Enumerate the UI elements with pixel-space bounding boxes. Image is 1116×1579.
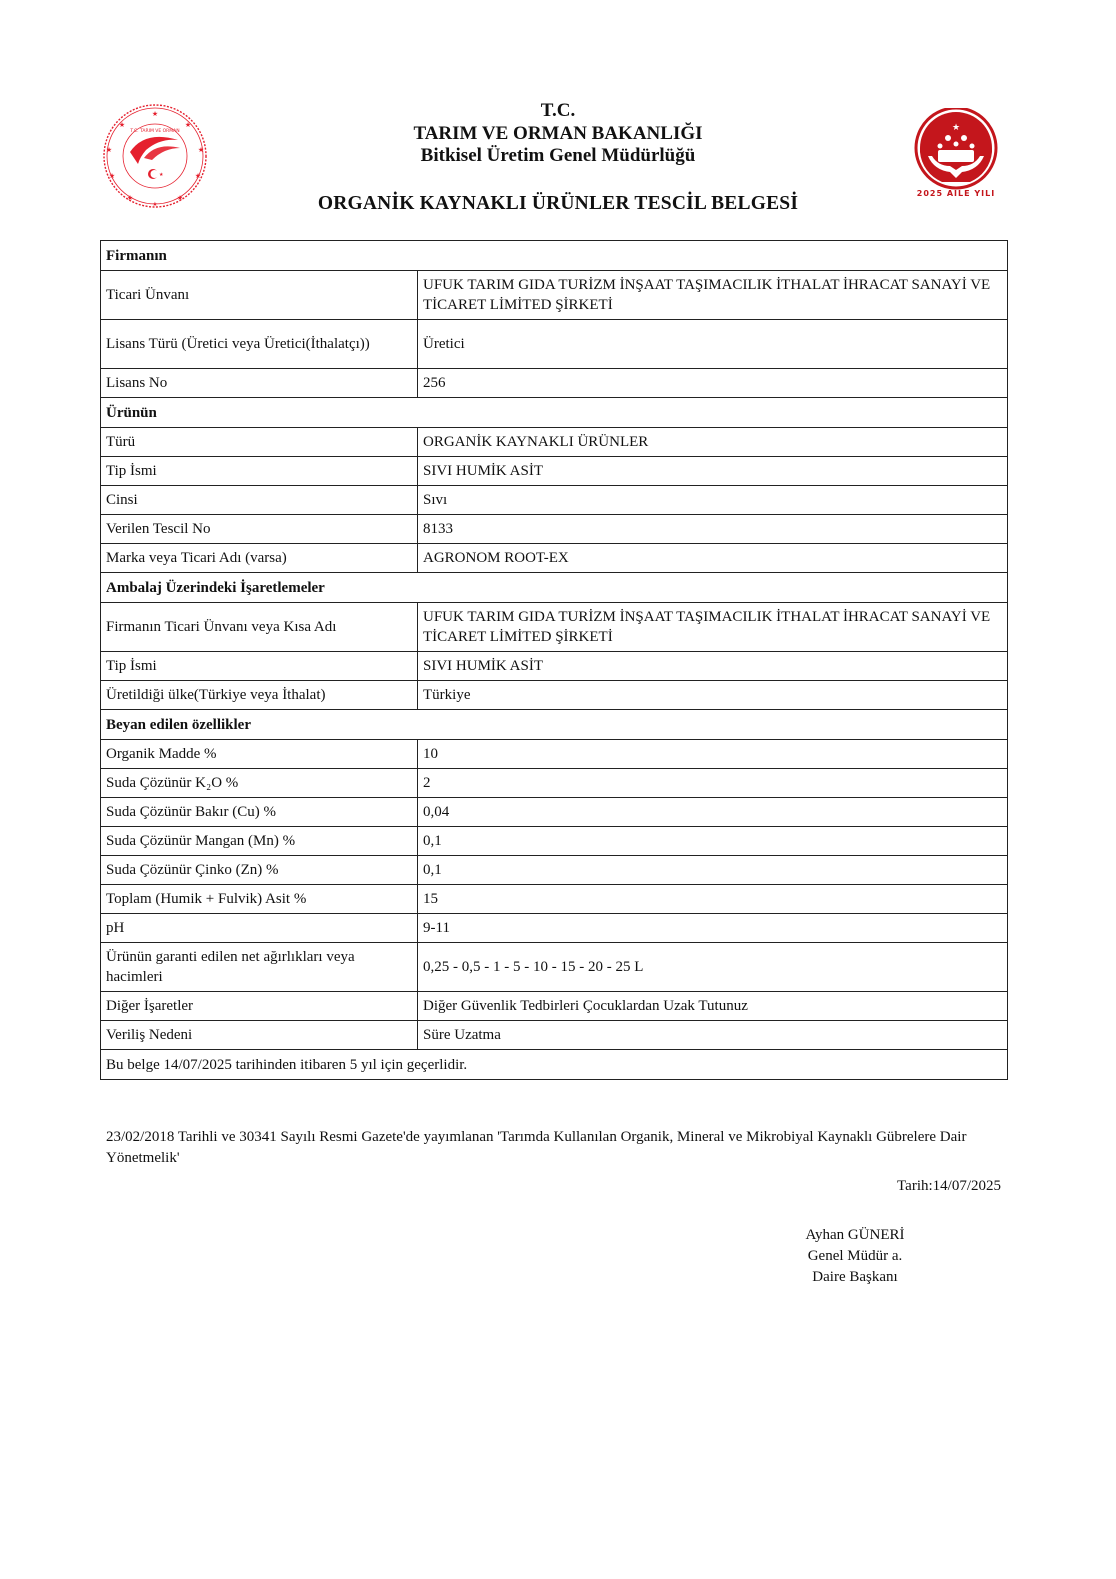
section-product: Ürünün: [101, 398, 1008, 428]
row-label: Ürünün garanti edilen net ağırlıkları ve…: [101, 943, 418, 992]
row-label: Verilen Tescil No: [101, 515, 418, 544]
table-row: Toplam (Humik + Fulvik) Asit % 15: [101, 885, 1008, 914]
section-heading: Firmanın: [101, 241, 1008, 271]
table-row: Cinsi Sıvı: [101, 486, 1008, 515]
table-row: Lisans Türü (Üretici veya Üretici(İthala…: [101, 320, 1008, 369]
table-row: Türü ORGANİK KAYNAKLI ÜRÜNLER: [101, 428, 1008, 457]
row-label: Marka veya Ticari Adı (varsa): [101, 544, 418, 573]
row-label: pH: [101, 914, 418, 943]
section-heading: Beyan edilen özellikler: [101, 710, 1008, 740]
certificate-page: ★ ★ ★ ★ ★ ★ ★ ★ ★ ★ ★ T.C. TARIM VE ORMA…: [0, 0, 1116, 1579]
header-ministry: TARIM VE ORMAN BAKANLIĞI: [0, 122, 1116, 145]
row-label: Tip İsmi: [101, 652, 418, 681]
row-value: Diğer Güvenlik Tedbirleri Çocuklardan Uz…: [418, 992, 1008, 1021]
table-row: pH 9-11: [101, 914, 1008, 943]
row-value: 0,1: [418, 827, 1008, 856]
row-value: AGRONOM ROOT-EX: [418, 544, 1008, 573]
table-row: Marka veya Ticari Adı (varsa) AGRONOM RO…: [101, 544, 1008, 573]
table-row: Verilen Tescil No 8133: [101, 515, 1008, 544]
row-value: 10: [418, 740, 1008, 769]
validity-row: Bu belge 14/07/2025 tarihinden itibaren …: [101, 1050, 1008, 1080]
row-label: Suda Çözünür Çinko (Zn) %: [101, 856, 418, 885]
section-heading: Ambalaj Üzerindeki İşaretlemeler: [101, 573, 1008, 603]
row-label: Suda Çözünür K₂O %: [101, 769, 418, 798]
signatory-name: Ayhan GÜNERİ: [780, 1225, 930, 1246]
section-firm: Firmanın: [101, 241, 1008, 271]
header: T.C. TARIM VE ORMAN BAKANLIĞI Bitkisel Ü…: [0, 100, 1116, 167]
row-value: UFUK TARIM GIDA TURİZM İNŞAAT TAŞIMACILI…: [418, 603, 1008, 652]
row-value: Üretici: [418, 320, 1008, 369]
row-value: Türkiye: [418, 681, 1008, 710]
row-label: Organik Madde %: [101, 740, 418, 769]
header-tc: T.C.: [0, 100, 1116, 122]
table-row: Suda Çözünür Bakır (Cu) % 0,04: [101, 798, 1008, 827]
row-value: Sıvı: [418, 486, 1008, 515]
validity-text: Bu belge 14/07/2025 tarihinden itibaren …: [101, 1050, 1008, 1080]
regulation-note: 23/02/2018 Tarihli ve 30341 Sayılı Resmi…: [106, 1127, 986, 1169]
row-value: SIVI HUMİK ASİT: [418, 457, 1008, 486]
row-label: Cinsi: [101, 486, 418, 515]
row-label: Suda Çözünür Mangan (Mn) %: [101, 827, 418, 856]
table-row: Ürünün garanti edilen net ağırlıkları ve…: [101, 943, 1008, 992]
certificate-table: Firmanın Ticari Ünvanı UFUK TARIM GIDA T…: [100, 240, 1008, 1080]
row-value: 0,25 - 0,5 - 1 - 5 - 10 - 15 - 20 - 25 L: [418, 943, 1008, 992]
row-label: Suda Çözünür Bakır (Cu) %: [101, 798, 418, 827]
table-row: Ticari Ünvanı UFUK TARIM GIDA TURİZM İNŞ…: [101, 271, 1008, 320]
row-label: Veriliş Nedeni: [101, 1021, 418, 1050]
table-row: Firmanın Ticari Ünvanı veya Kısa Adı UFU…: [101, 603, 1008, 652]
table-row: Tip İsmi SIVI HUMİK ASİT: [101, 457, 1008, 486]
row-value: 0,04: [418, 798, 1008, 827]
row-label: Firmanın Ticari Ünvanı veya Kısa Adı: [101, 603, 418, 652]
table-row: Veriliş Nedeni Süre Uzatma: [101, 1021, 1008, 1050]
document-title: ORGANİK KAYNAKLI ÜRÜNLER TESCİL BELGESİ: [0, 193, 1116, 215]
svg-text:★: ★: [159, 172, 164, 178]
header-directorate: Bitkisel Üretim Genel Müdürlüğü: [0, 145, 1116, 167]
row-value: 2: [418, 769, 1008, 798]
table-row: Organik Madde % 10: [101, 740, 1008, 769]
issue-date: Tarih:14/07/2025: [897, 1178, 1001, 1195]
signature-block: Ayhan GÜNERİ Genel Müdür a. Daire Başkan…: [780, 1225, 930, 1288]
table-row: Üretildiği ülke(Türkiye veya İthalat) Tü…: [101, 681, 1008, 710]
signatory-title: Genel Müdür a.: [780, 1246, 930, 1267]
row-label: Üretildiği ülke(Türkiye veya İthalat): [101, 681, 418, 710]
svg-text:★: ★: [109, 172, 115, 180]
table-row: Diğer İşaretler Diğer Güvenlik Tedbirler…: [101, 992, 1008, 1021]
row-value: 15: [418, 885, 1008, 914]
table-row: Suda Çözünür Çinko (Zn) % 0,1: [101, 856, 1008, 885]
row-value: UFUK TARIM GIDA TURİZM İNŞAAT TAŞIMACILI…: [418, 271, 1008, 320]
row-label: Tip İsmi: [101, 457, 418, 486]
row-value: Süre Uzatma: [418, 1021, 1008, 1050]
row-label: Türü: [101, 428, 418, 457]
table-row: Lisans No 256: [101, 369, 1008, 398]
row-label: Lisans No: [101, 369, 418, 398]
row-value: 8133: [418, 515, 1008, 544]
table-row: Suda Çözünür K₂O % 2: [101, 769, 1008, 798]
row-value: 256: [418, 369, 1008, 398]
row-value: 9-11: [418, 914, 1008, 943]
section-heading: Ürünün: [101, 398, 1008, 428]
row-value: 0,1: [418, 856, 1008, 885]
row-label: Toplam (Humik + Fulvik) Asit %: [101, 885, 418, 914]
row-value: SIVI HUMİK ASİT: [418, 652, 1008, 681]
row-label: Ticari Ünvanı: [101, 271, 418, 320]
table-row: Tip İsmi SIVI HUMİK ASİT: [101, 652, 1008, 681]
table-row: Suda Çözünür Mangan (Mn) % 0,1: [101, 827, 1008, 856]
row-value: ORGANİK KAYNAKLI ÜRÜNLER: [418, 428, 1008, 457]
signatory-department: Daire Başkanı: [780, 1267, 930, 1288]
row-label: Lisans Türü (Üretici veya Üretici(İthala…: [101, 320, 418, 369]
row-label: Diğer İşaretler: [101, 992, 418, 1021]
section-properties: Beyan edilen özellikler: [101, 710, 1008, 740]
section-packaging: Ambalaj Üzerindeki İşaretlemeler: [101, 573, 1008, 603]
svg-text:★: ★: [195, 172, 201, 180]
